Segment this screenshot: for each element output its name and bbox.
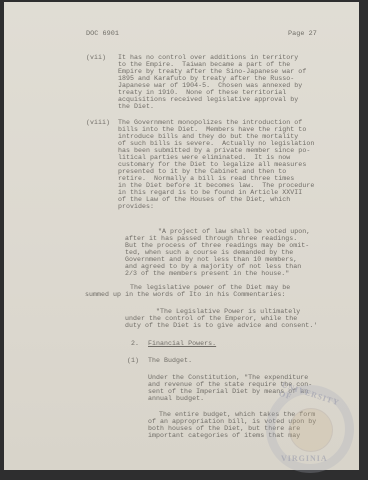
text-line: important categories of items that may [148,432,300,439]
section-label-vii: (vii) [86,54,106,61]
text-line: duty of the Diet is to give advice and c… [125,322,317,329]
text-line: 2/3 of the members present in the house.… [125,270,289,277]
section-number-2: 2. [131,340,139,347]
seal-bottom-text: VIRGINIA [281,454,328,463]
text-line: provides: [118,203,154,210]
document-page: DOC 6901 Page 27 (vii) It has no control… [4,2,359,470]
text-line: the Diet. [118,103,154,110]
subsection-label-1: (1) [127,357,139,364]
subsection-heading-budget: The Budget. [148,357,192,364]
doc-number: DOC 6901 [86,31,119,38]
section-label-viii: (viii) [86,119,110,126]
section-heading-financial-powers: Financial Powers. [148,340,216,347]
text-line: summed up in the words of Ito in his Com… [85,291,285,298]
text-line: annual budget. [148,395,204,402]
page-number: Page 27 [288,31,317,38]
